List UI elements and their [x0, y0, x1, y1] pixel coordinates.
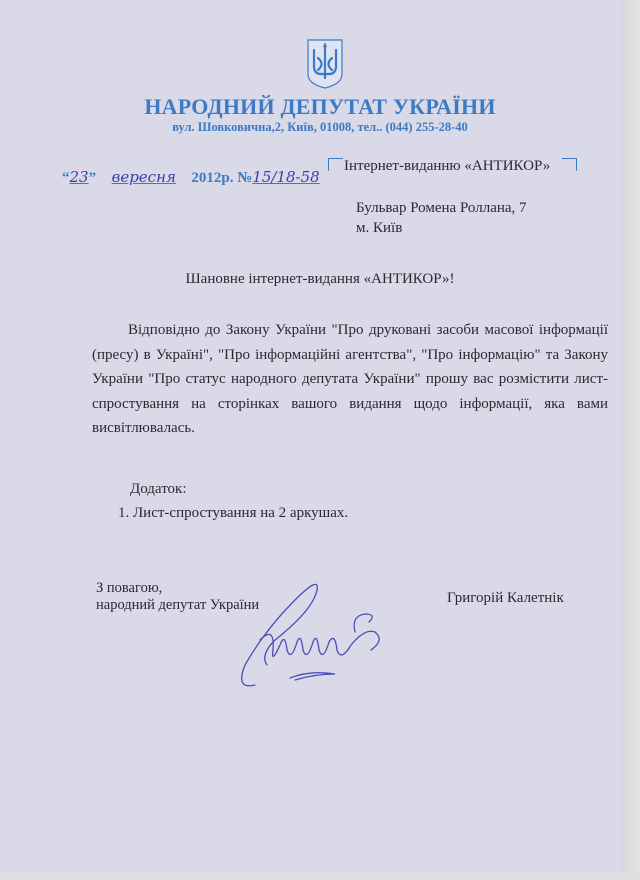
- letter-body: Відповідно до Закону України "Про друков…: [92, 318, 608, 441]
- handwritten-reference-number: 15/18-58: [252, 168, 319, 186]
- recipient-address-line2: м. Київ: [340, 218, 550, 238]
- salutation: Шановне інтернет-видання «АНТИКОР»!: [0, 271, 640, 288]
- recipient-address-line1: Бульвар Ромена Роллана, 7: [340, 198, 550, 218]
- reference-number-label: №: [237, 170, 252, 186]
- signer-name: Григорій Калетнік: [447, 590, 564, 607]
- scan-right-edge: [620, 0, 640, 880]
- letterhead-address: вул. Шовковична,2, Київ, 01008, тел.. (0…: [0, 120, 640, 135]
- reference-line: “23” вересня 2012р. №15/18-58: [62, 168, 320, 187]
- appendix-item: 1. Лист-спростування на 2 аркушах.: [118, 501, 348, 525]
- recipient-name: Інтернет-виданню «АНТИКОР»: [340, 156, 550, 176]
- letterhead-title: НАРОДНИЙ ДЕПУТАТ УКРАЇНИ: [0, 94, 640, 120]
- scan-bottom-edge: [0, 872, 640, 880]
- handwritten-day: 23: [70, 168, 89, 186]
- letter-page: НАРОДНИЙ ДЕПУТАТ УКРАЇНИ вул. Шовковична…: [0, 0, 633, 875]
- day-open-quote: “: [62, 170, 70, 186]
- appendix-label: Додаток:: [130, 477, 348, 501]
- recipient-block: Інтернет-виданню «АНТИКОР» Бульвар Ромен…: [340, 156, 550, 238]
- reference-year: 2012р.: [191, 170, 233, 186]
- day-close-quote: ”: [89, 170, 97, 186]
- trident-coat-of-arms-icon: [306, 38, 344, 90]
- handwritten-signature-icon: [225, 570, 405, 700]
- appendix-block: Додаток: 1. Лист-спростування на 2 аркуш…: [130, 477, 348, 525]
- body-paragraph: Відповідно до Закону України "Про друков…: [92, 318, 608, 441]
- handwritten-month: вересня: [112, 168, 176, 186]
- address-bracket-right: [562, 158, 577, 171]
